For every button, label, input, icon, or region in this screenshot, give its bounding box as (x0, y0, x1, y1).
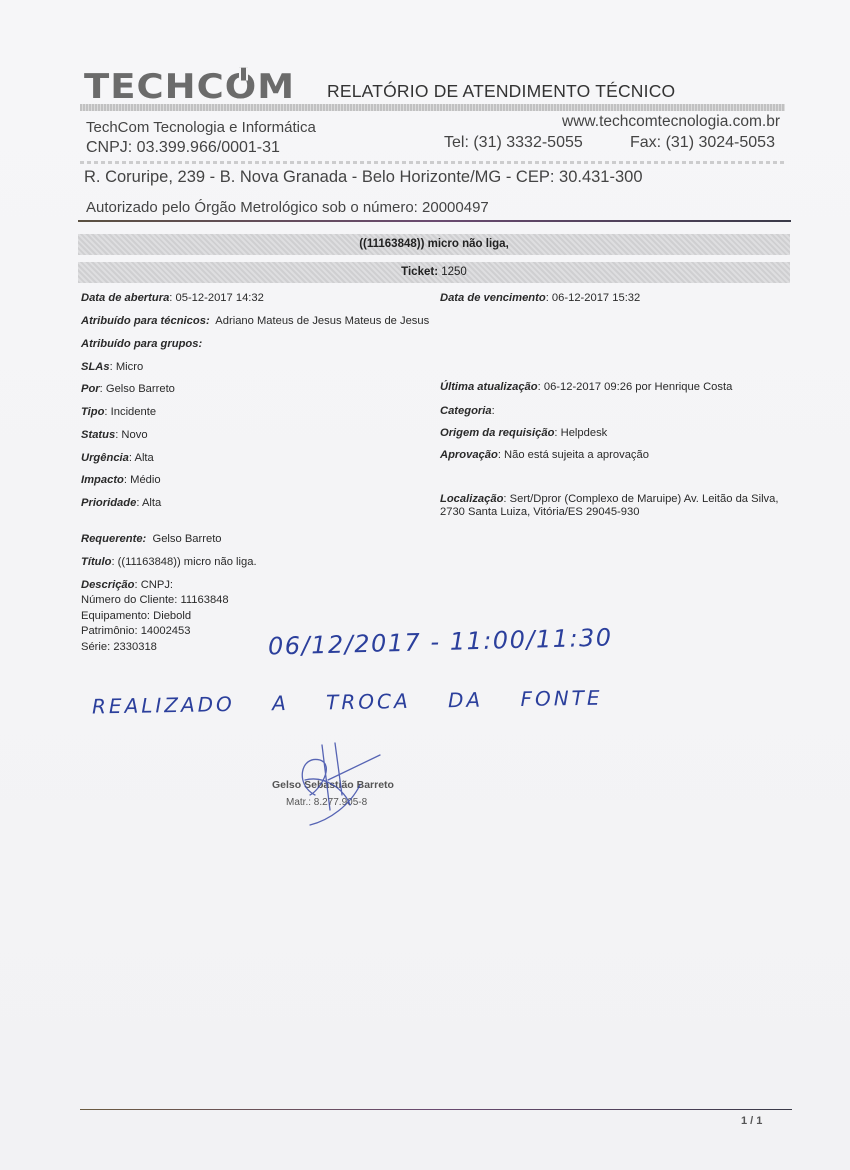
page-number: 1 / 1 (741, 1115, 762, 1127)
handwritten-service-note: REALIZADO A TROCA DA FONTE (92, 686, 603, 719)
report-title: RELATÓRIO DE ATENDIMENTO TÉCNICO (327, 81, 675, 102)
handwritten-date-time: 06/12/2017 - 11:00/11:30 (268, 623, 613, 660)
field-requerente: Requerente: Gelso Barreto (81, 533, 222, 546)
description-details: Número do Cliente: 11163848 Equipamento:… (81, 593, 229, 655)
field-prioridade: Prioridade: Alta (81, 497, 161, 510)
company-phone: Tel: (31) 3332-5055 (444, 134, 583, 152)
field-status: Status: Novo (81, 429, 148, 442)
field-impacto: Impacto: Médio (81, 474, 161, 487)
company-website: www.techcomtecnologia.com.br (562, 113, 780, 131)
techcom-logo: TECHCOM (84, 69, 295, 103)
field-atribuido-tecnicos: Atribuído para técnicos: Adriano Mateus … (81, 315, 429, 328)
footer-rule (80, 1109, 792, 1110)
field-por: Por: Gelso Barreto (81, 383, 175, 396)
description-line: Série: 2330318 (81, 640, 229, 656)
field-localizacao: Localização: Sert/Dpror (Complexo de Mar… (440, 493, 785, 519)
field-tipo: Tipo: Incidente (81, 406, 156, 419)
signature-mark (290, 735, 420, 835)
header-rule (78, 220, 791, 222)
company-fax: Fax: (31) 3024-5053 (630, 134, 775, 152)
company-name: TechCom Tecnologia e Informática (86, 119, 316, 136)
ticket-title-bar: ((11163848)) micro não liga, (78, 234, 790, 255)
dotted-divider (80, 161, 785, 164)
field-categoria: Categoria: (440, 405, 495, 418)
description-line: Patrimônio: 14002453 (81, 624, 229, 640)
logo-text-prefix: TECHC (84, 67, 225, 107)
company-cnpj: CNPJ: 03.399.966/0001-31 (86, 139, 280, 157)
service-report-page: TECHCOM RELATÓRIO DE ATENDIMENTO TÉCNICO… (0, 0, 850, 1170)
field-aprovacao: Aprovação: Não está sujeita a aprovação (440, 449, 649, 462)
field-data-vencimento: Data de vencimento: 06-12-2017 15:32 (440, 292, 640, 305)
description-line: Equipamento: Diebold (81, 609, 229, 625)
ticket-number-bar: Ticket: 1250 (78, 262, 790, 283)
field-ultima-atualizacao: Última atualização: 06-12-2017 09:26 por… (440, 381, 732, 394)
ticket-number: 1250 (441, 266, 467, 278)
field-slas: SLAs: Micro (81, 361, 143, 374)
header-divider (80, 104, 785, 111)
metrology-authorization: Autorizado pelo Órgão Metrológico sob o … (86, 199, 489, 216)
field-atribuido-grupos: Atribuído para grupos: (81, 338, 202, 351)
field-data-abertura: Data de abertura: 05-12-2017 14:32 (81, 292, 264, 305)
field-titulo: Título: ((11163848)) micro não liga. (81, 556, 257, 569)
field-urgencia: Urgência: Alta (81, 452, 154, 465)
power-icon: O (225, 69, 257, 103)
company-address: R. Coruripe, 239 - B. Nova Granada - Bel… (84, 168, 643, 187)
field-origem: Origem da requisição: Helpdesk (440, 427, 607, 440)
field-descricao: Descrição: CNPJ: (81, 579, 173, 592)
description-line: Número do Cliente: 11163848 (81, 593, 229, 609)
logo-text-suffix: M (257, 67, 295, 107)
ticket-label: Ticket (401, 266, 434, 278)
